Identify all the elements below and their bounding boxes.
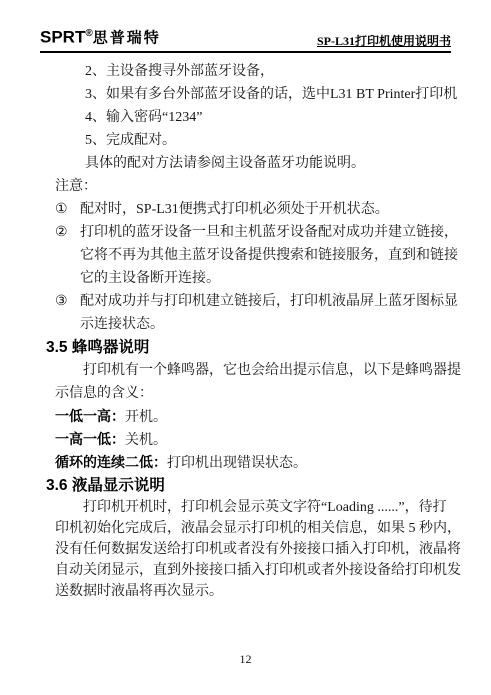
note-text: 打印机的蓝牙设备一旦和主机蓝牙设备配对成功并建立链接， 它将不再为其他主蓝牙设备… (80, 221, 458, 290)
circled-number-1: ① (55, 198, 80, 221)
text-line: 送数据时液晶将再次显示。 (55, 581, 456, 602)
signal-desc: 开机。 (125, 410, 167, 425)
registered-trademark-mark: ® (85, 28, 92, 39)
text-line: 示连接状态。 (80, 313, 458, 336)
section-heading-lcd: 3.6 液晶显示说明 (46, 474, 456, 497)
buzzer-signal-power-off: 一高一低：关机。 (55, 428, 456, 451)
note-item-1: ① 配对时，SP-L31便携式打印机必须处于开机状态。 (55, 198, 456, 221)
text-line: 打印机有一个蜂鸣器，它也会给出提示信息，以下是蜂鸣器提 (55, 359, 456, 382)
doc-title: SP-L31打印机使用说明书 (317, 34, 451, 49)
circled-number-2: ② (55, 221, 80, 244)
note-text: 配对时，SP-L31便携式打印机必须处于开机状态。 (80, 198, 456, 221)
page-content: 2、主设备搜寻外部蓝牙设备， 3、如果有多台外部蓝牙设备的话，选中L31 BT … (46, 60, 456, 602)
signal-desc: 关机。 (125, 433, 167, 448)
text-line: 它将不再为其他主蓝牙设备提供搜索和链接服务，直到和链接 (80, 244, 458, 267)
lcd-section-body: 打印机开机时，打印机会显示英文字符“Loading ......”，待打 印机初… (55, 497, 456, 602)
notes-label: 注意： (55, 175, 456, 198)
buzzer-section-body: 打印机有一个蜂鸣器，它也会给出提示信息，以下是蜂鸣器提 示信息的含义： 一低一高… (55, 359, 456, 474)
pairing-reference-note: 具体的配对方法请参阅主设备蓝牙功能说明。 (55, 152, 456, 175)
step-line-5: 5、完成配对。 (55, 129, 456, 152)
brand-cn: 思普瑞特 (93, 30, 161, 47)
text-line: 配对成功并与打印机建立链接后，打印机液晶屏上蓝牙图标显 (80, 290, 458, 313)
text-line: 没有任何数据发送给打印机或者没有外接接口插入打印机，液晶将 (55, 539, 456, 560)
text-line: 示信息的含义： (55, 382, 456, 405)
signal-desc: 打印机出现错误状态。 (167, 456, 307, 471)
text-line: 印机初始化完成后，液晶会显示打印机的相关信息，如果 5 秒内， (55, 518, 456, 539)
step-line-4: 4、输入密码“1234” (55, 106, 456, 129)
section-heading-buzzer: 3.5 蜂鸣器说明 (46, 336, 456, 359)
buzzer-signal-power-on: 一低一高：开机。 (55, 405, 456, 428)
signal-label: 一高一低： (55, 431, 125, 447)
text-line: 它的主设备断开连接。 (80, 267, 458, 290)
step-line-3: 3、如果有多台外部蓝牙设备的话，选中L31 BT Printer打印机 (55, 83, 456, 106)
note-item-2: ② 打印机的蓝牙设备一旦和主机蓝牙设备配对成功并建立链接， 它将不再为其他主蓝牙… (55, 221, 456, 290)
buzzer-signal-error: 循环的连续二低：打印机出现错误状态。 (55, 451, 456, 474)
page-number: 12 (0, 652, 491, 667)
text-line: 自动关闭显示，直到外接接口插入打印机或者外接设备给打印机发 (55, 560, 456, 581)
page-header: SPRT®思普瑞特 SP-L31打印机使用说明书 (40, 24, 451, 53)
note-item-3: ③ 配对成功并与打印机建立链接后，打印机液晶屏上蓝牙图标显 示连接状态。 (55, 290, 456, 336)
text-line: 打印机的蓝牙设备一旦和主机蓝牙设备配对成功并建立链接， (80, 221, 458, 244)
note-text: 配对成功并与打印机建立链接后，打印机液晶屏上蓝牙图标显 示连接状态。 (80, 290, 458, 336)
pairing-steps: 2、主设备搜寻外部蓝牙设备， 3、如果有多台外部蓝牙设备的话，选中L31 BT … (55, 60, 456, 175)
signal-label: 一低一高： (55, 408, 125, 424)
brand-en: SPRT (40, 28, 85, 47)
circled-number-3: ③ (55, 290, 80, 313)
notes-list: ① 配对时，SP-L31便携式打印机必须处于开机状态。 ② 打印机的蓝牙设备一旦… (55, 198, 456, 336)
manual-page: SPRT®思普瑞特 SP-L31打印机使用说明书 2、主设备搜寻外部蓝牙设备， … (0, 0, 491, 695)
text-line: 打印机开机时，打印机会显示英文字符“Loading ......”，待打 (55, 497, 456, 518)
step-line-2: 2、主设备搜寻外部蓝牙设备， (55, 60, 456, 83)
signal-label: 循环的连续二低： (55, 454, 167, 470)
brand-logo: SPRT®思普瑞特 (40, 24, 161, 49)
text-line: 配对时，SP-L31便携式打印机必须处于开机状态。 (80, 198, 456, 221)
